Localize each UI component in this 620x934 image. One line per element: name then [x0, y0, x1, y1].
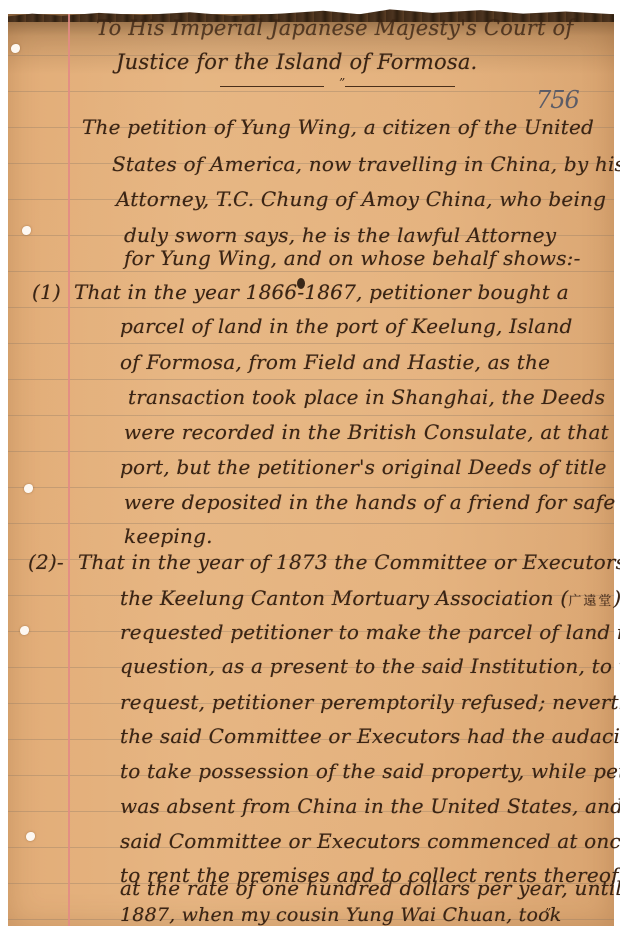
- ink-blot: [297, 278, 305, 289]
- paragraph-line: That in the year 1866-1867, petitioner b…: [74, 280, 569, 304]
- heading-line-1: To His Imperial Japanese Majesty's Court…: [96, 16, 573, 40]
- paragraph-number: (2)-: [28, 550, 64, 574]
- paragraph-line: of Formosa, from Field and Hastie, as th…: [120, 350, 550, 374]
- intro-line: The petition of Yung Wing, a citizen of …: [82, 115, 594, 139]
- heading-divider-right: [345, 86, 455, 87]
- paragraph-line: request, petitioner peremptorily refused…: [120, 690, 620, 714]
- paragraph-line: requested petitioner to make the parcel …: [120, 620, 620, 644]
- intro-line: Attorney, T.C. Chung of Amoy China, who …: [116, 187, 606, 211]
- punch-hole: [20, 626, 29, 635]
- heading-line-2: Justice for the Island of Formosa.: [116, 50, 477, 74]
- document-page: To His Imperial Japanese Majesty's Court…: [8, 14, 614, 926]
- intro-line: duly sworn says, he is the lawful Attorn…: [124, 223, 556, 247]
- ditto-mark: ”: [339, 76, 345, 90]
- closing-paren: ): [613, 586, 620, 610]
- intro-line: States of America, now travelling in Chi…: [112, 152, 620, 176]
- paragraph-line: were recorded in the British Consulate, …: [124, 420, 609, 444]
- paragraph-number: (1): [32, 280, 61, 304]
- paragraph-line: keeping.: [124, 524, 213, 548]
- intro-line: for Yung Wing, and on whose behalf shows…: [124, 246, 581, 270]
- paragraph-line: at the rate of one hundred dollars per y…: [120, 876, 620, 900]
- continuation-mark: ”: [545, 906, 551, 920]
- paragraph-line-text: the Keelung Canton Mortuary Association …: [120, 586, 568, 610]
- paragraph-line: said Committee or Executors commenced at…: [120, 829, 620, 853]
- paragraph-line: the said Committee or Executors had the …: [120, 724, 620, 748]
- punch-hole: [24, 484, 33, 493]
- paragraph-line: parcel of land in the port of Keelung, I…: [120, 314, 573, 338]
- paragraph-line: 1887, when my cousin Yung Wai Chuan, too…: [120, 904, 561, 926]
- paragraph-line: were deposited in the hands of a friend …: [124, 490, 615, 514]
- punch-hole: [26, 832, 35, 841]
- heading-divider-left: [220, 86, 324, 87]
- punch-hole: [22, 226, 31, 235]
- red-margin-line: [68, 14, 70, 926]
- page-number-annotation: 756: [536, 86, 579, 114]
- paragraph-line: to take possession of the said property,…: [120, 759, 620, 783]
- chinese-characters: 广遠堂: [568, 594, 613, 609]
- paragraph-line: transaction took place in Shanghai, the …: [128, 385, 605, 409]
- paragraph-line: port, but the petitioner's original Deed…: [120, 455, 607, 479]
- paragraph-line: That in the year of 1873 the Committee o…: [78, 550, 620, 574]
- punch-hole: [11, 44, 20, 53]
- paragraph-line: the Keelung Canton Mortuary Association …: [120, 586, 620, 610]
- paragraph-line: question, as a present to the said Insti…: [120, 654, 620, 678]
- paragraph-line: was absent from China in the United Stat…: [120, 794, 620, 818]
